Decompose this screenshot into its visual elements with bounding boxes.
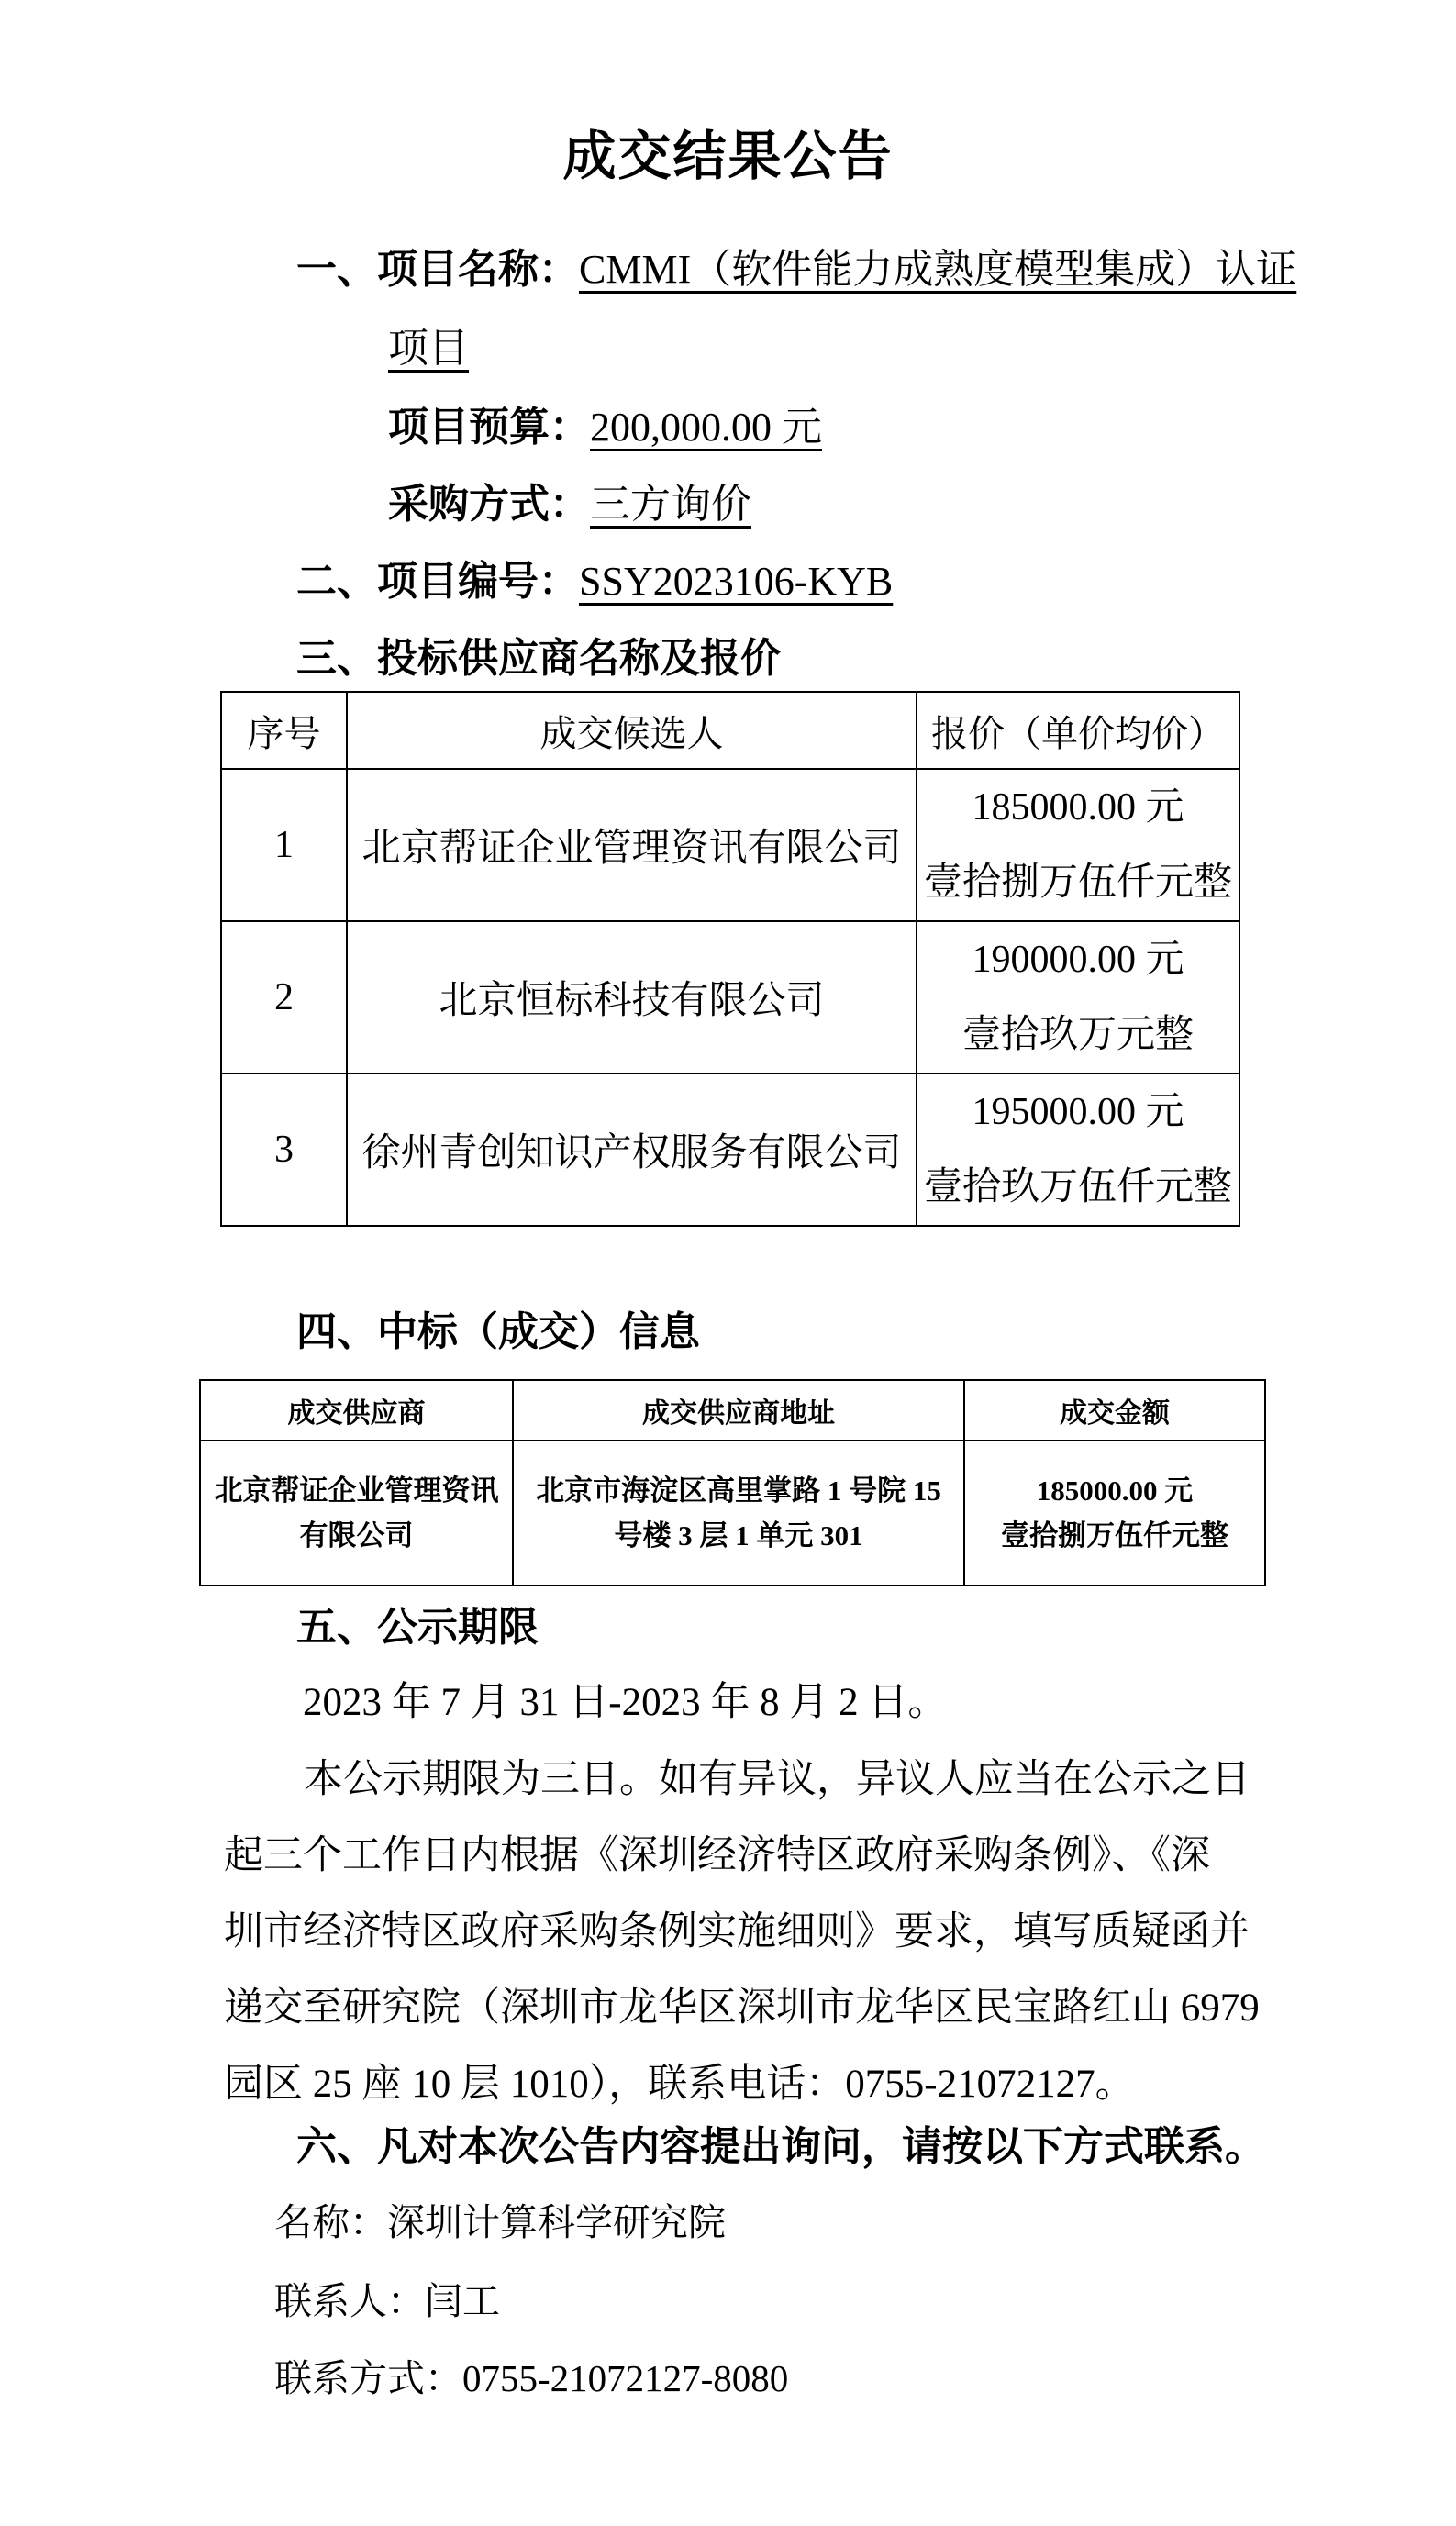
award-amount-words: 壹拾捌万伍仟元整 (978, 1513, 1251, 1558)
section1-budget-line: 项目预算：200,000.00 元 (388, 407, 822, 448)
project-name-value: CMMI（软件能力成熟度模型集成）认证 (579, 247, 1296, 292)
contact-phone-line: 联系方式：0755-21072127-8080 (274, 2360, 788, 2398)
bid-row3-company: 徐州青创知识产权服务有限公司 (347, 1074, 917, 1226)
bid-row3-price: 195000.00 元 (917, 1074, 1239, 1150)
bid-table-header-no: 序号 (221, 692, 347, 769)
contact-org-line: 名称：深圳计算科学研究院 (274, 2204, 726, 2242)
contact-person-line: 联系人：闫工 (274, 2283, 500, 2320)
budget-value: 200,000.00 元 (590, 405, 822, 450)
paragraph-line: 递交至研究院（深圳市龙华区深圳市龙华区民宝路红山 6979 (224, 1970, 1325, 2046)
bid-row3-no: 3 (221, 1074, 347, 1226)
paragraph-line: 起三个工作日内根据《深圳经济特区政府采购条例》、《深 (224, 1818, 1325, 1894)
project-no-label: 二、项目编号： (296, 559, 579, 604)
section1-method-line: 采购方式：三方询价 (388, 484, 751, 525)
award-header-address: 成交供应商地址 (513, 1380, 964, 1441)
award-table-header-row: 成交供应商 成交供应商地址 成交金额 (200, 1380, 1265, 1441)
phone-label: 联系方式： (274, 2357, 462, 2399)
contact-value: 闫工 (425, 2280, 500, 2322)
bid-table-header-quote: 报价（单价均价） (917, 692, 1239, 769)
award-table: 成交供应商 成交供应商地址 成交金额 北京帮证企业管理资讯有限公司 北京市海淀区… (199, 1379, 1266, 1586)
section3-heading: 三、投标供应商名称及报价 (296, 639, 781, 679)
award-supplier: 北京帮证企业管理资讯有限公司 (200, 1441, 513, 1586)
section6-heading: 六、凡对本次公告内容提出询问，请按以下方式联系。 (296, 2127, 1265, 2167)
paragraph-line: 本公示期限为三日。如有异议，异议人应当在公示之日 (224, 1741, 1325, 1818)
bid-table-header-row: 序号 成交候选人 报价（单价均价） (221, 692, 1239, 769)
section5-heading: 五、公示期限 (296, 1608, 539, 1648)
method-label: 采购方式： (388, 482, 590, 527)
bid-row1-price: 185000.00 元 (917, 770, 1239, 845)
bid-row1-no: 1 (221, 769, 347, 921)
bid-row2-price-words: 壹拾玖万元整 (917, 997, 1239, 1073)
page-title: 成交结果公告 (0, 130, 1456, 184)
award-amount: 185000.00 元 (978, 1468, 1251, 1513)
bid-row1-quote: 185000.00 元 壹拾捌万伍仟元整 (917, 769, 1239, 921)
bid-table-header-candidate: 成交候选人 (347, 692, 917, 769)
publicity-paragraph: 本公示期限为三日。如有异议，异议人应当在公示之日 起三个工作日内根据《深圳经济特… (224, 1741, 1325, 2122)
bid-table: 序号 成交候选人 报价（单价均价） 1 北京帮证企业管理资讯有限公司 18500… (220, 691, 1240, 1227)
bid-row2-no: 2 (221, 921, 347, 1074)
org-label: 名称： (274, 2201, 387, 2243)
award-address: 北京市海淀区高里掌路 1 号院 15 号楼 3 层 1 单元 301 (513, 1441, 964, 1586)
bid-table-row: 1 北京帮证企业管理资讯有限公司 185000.00 元 壹拾捌万伍仟元整 (221, 769, 1239, 921)
paragraph-line: 圳市经济特区政府采购条例实施细则》要求，填写质疑函并 (224, 1894, 1325, 1970)
bid-table-row: 3 徐州青创知识产权服务有限公司 195000.00 元 壹拾玖万伍仟元整 (221, 1074, 1239, 1226)
section1-project-name-wrap-line: 项目 (388, 328, 469, 369)
project-no-value: SSY2023106-KYB (579, 559, 893, 604)
award-header-supplier: 成交供应商 (200, 1380, 513, 1441)
section1-project-name-line: 一、项目名称：CMMI（软件能力成熟度模型集成）认证 (296, 250, 1296, 290)
bid-row2-company: 北京恒标科技有限公司 (347, 921, 917, 1074)
project-name-value-continued: 项目 (388, 326, 469, 371)
paragraph-line: 园区 25 座 10 层 1010），联系电话：0755-21072127。 (224, 2046, 1325, 2122)
bid-row2-quote: 190000.00 元 壹拾玖万元整 (917, 921, 1239, 1074)
document-page: 成交结果公告 一、项目名称：CMMI（软件能力成熟度模型集成）认证 项目 项目预… (0, 0, 1456, 2526)
bid-row1-price-words: 壹拾捌万伍仟元整 (917, 845, 1239, 920)
bid-row3-price-words: 壹拾玖万伍仟元整 (917, 1150, 1239, 1225)
bid-table-row: 2 北京恒标科技有限公司 190000.00 元 壹拾玖万元整 (221, 921, 1239, 1074)
section1-number: 一、 (296, 247, 377, 292)
bid-row3-quote: 195000.00 元 壹拾玖万伍仟元整 (917, 1074, 1239, 1226)
method-value: 三方询价 (590, 482, 751, 527)
section2-project-no-line: 二、项目编号：SSY2023106-KYB (296, 562, 893, 602)
budget-label: 项目预算： (388, 405, 590, 450)
section4-heading: 四、中标（成交）信息 (296, 1312, 700, 1352)
bid-row2-price: 190000.00 元 (917, 922, 1239, 997)
contact-label: 联系人： (274, 2280, 425, 2322)
award-header-amount: 成交金额 (964, 1380, 1265, 1441)
award-table-row: 北京帮证企业管理资讯有限公司 北京市海淀区高里掌路 1 号院 15 号楼 3 层… (200, 1441, 1265, 1586)
award-amount-cell: 185000.00 元 壹拾捌万伍仟元整 (964, 1441, 1265, 1586)
section1-label: 项目名称： (377, 247, 579, 292)
org-value: 深圳计算科学研究院 (387, 2201, 726, 2243)
bid-row1-company: 北京帮证企业管理资讯有限公司 (347, 769, 917, 921)
publicity-period-dates: 2023 年 7 月 31 日-2023 年 8 月 2 日。 (303, 1683, 947, 1722)
phone-value: 0755-21072127-8080 (462, 2357, 788, 2399)
